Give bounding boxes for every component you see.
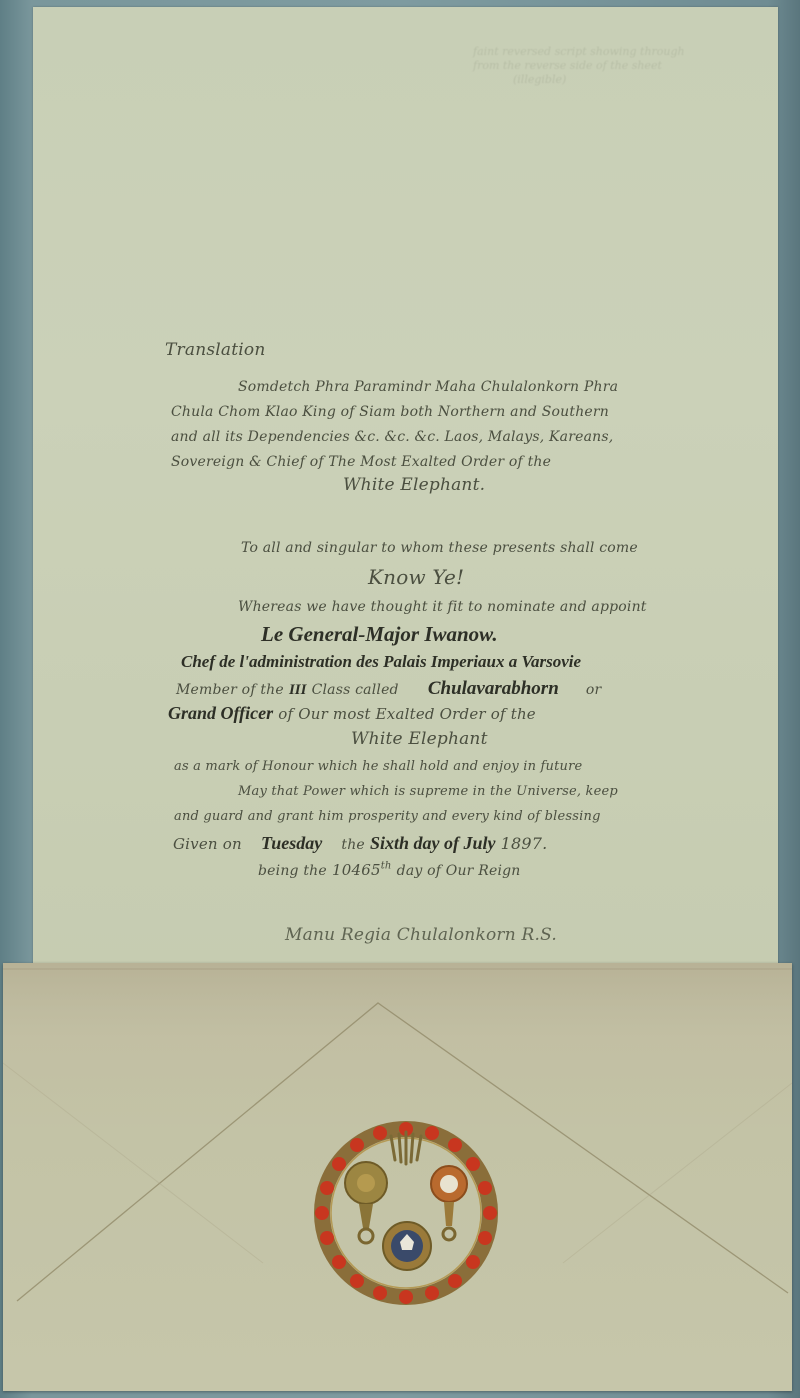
weekday: Tuesday [261, 833, 322, 853]
heading-translation: Translation [165, 340, 266, 360]
medal-center-icon [383, 1222, 431, 1270]
class-name: Chulavarabhorn [428, 678, 559, 699]
envelope [3, 963, 792, 1391]
member-prefix: Member of the [176, 682, 284, 698]
date: Sixth day of July [370, 833, 496, 853]
class-numeral: III [289, 682, 307, 698]
address-line: To all and singular to whom these presen… [241, 540, 638, 556]
ghost-line: from the reverse side of the sheet [473, 59, 773, 73]
appointee-title: Chef de l'administration des Palais Impe… [181, 652, 581, 672]
ghost-line: (illegible) [473, 73, 773, 87]
translation-letter: faint reversed script showing through fr… [33, 7, 778, 972]
preamble-line-2: Chula Chom Klao King of Siam both Northe… [171, 404, 609, 420]
reign-day: 10465 [332, 861, 381, 879]
reign-day-suffix: th [381, 861, 392, 872]
know-ye: Know Ye! [368, 565, 464, 589]
given-line: Given on Tuesday the Sixth day of July 1… [173, 833, 547, 854]
honour-line: as a mark of Honour which he shall hold … [174, 759, 582, 774]
year: 1897. [501, 834, 548, 853]
blessing-line-2: and guard and grant him prosperity and e… [174, 809, 601, 824]
rank: Grand Officer [168, 703, 273, 723]
preamble-line-3: and all its Dependencies &c. &c. &c. Lao… [171, 429, 613, 445]
blessing-line-1: May that Power which is supreme in the U… [238, 784, 618, 799]
preamble-line-4: Sovereign & Chief of The Most Exalted Or… [171, 454, 551, 470]
preamble-order-name: White Elephant. [343, 475, 485, 495]
ghost-line: faint reversed script showing through [473, 45, 773, 59]
class-or: or [586, 682, 602, 698]
bleed-through-text: faint reversed script showing through fr… [473, 45, 773, 87]
reign-suffix: day of Our Reign [397, 863, 521, 879]
royal-signature: Manu Regia Chulalonkorn R.S. [285, 925, 557, 945]
rank-suffix: of Our most Exalted Order of the [278, 705, 536, 723]
whereas-line: Whereas we have thought it fit to nomina… [238, 599, 647, 615]
preamble-line-1: Somdetch Phra Paramindr Maha Chulalonkor… [238, 379, 618, 395]
class-called: Class called [312, 682, 399, 698]
rank-line: Grand Officer of Our most Exalted Order … [168, 703, 536, 724]
reign-prefix: being the [258, 863, 327, 879]
class-line: Member of the III Class called Chulavara… [176, 678, 601, 700]
order-of-white-elephant-seal [311, 1118, 501, 1308]
medal-right-icon [431, 1166, 467, 1240]
the: the [341, 837, 365, 853]
given-on: Given on [173, 835, 242, 853]
order-name: White Elephant [351, 729, 488, 749]
appointee-name: Le General-Major Iwanow. [261, 622, 498, 647]
reign-line: being the 10465th day of Our Reign [258, 860, 521, 879]
medal-left-icon [345, 1162, 387, 1243]
